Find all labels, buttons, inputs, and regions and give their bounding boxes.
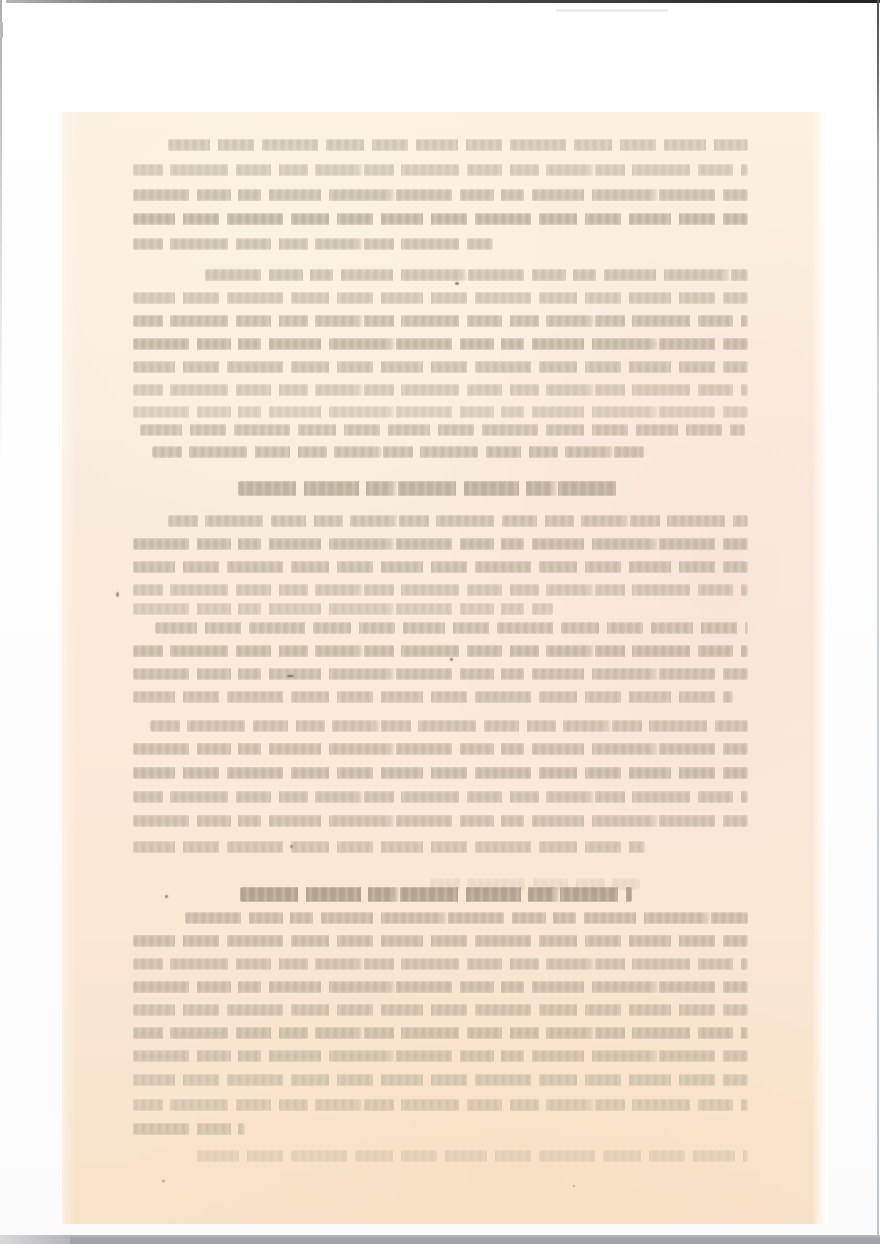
paragraph-4-line	[155, 622, 748, 634]
paragraph-2-line	[133, 315, 748, 327]
paragraph-1-line	[133, 213, 748, 225]
ink-speck	[287, 675, 294, 677]
heading-2-line	[240, 887, 632, 902]
scan-frame-top-edge	[6, 0, 880, 3]
paragraph-2-line	[205, 269, 748, 281]
paragraph-5-line	[150, 720, 748, 732]
paragraph-5-line	[133, 815, 748, 827]
paragraph-7-ghost-line	[197, 1150, 748, 1162]
paragraph-6-line	[133, 1004, 748, 1016]
paragraph-5-line	[133, 743, 748, 755]
scan-frame-right-edge	[877, 0, 879, 1244]
paragraph-2-line	[133, 338, 748, 350]
paragraph-6-line	[133, 981, 748, 993]
scan-frame-left-mark	[0, 22, 3, 38]
ink-speck	[455, 282, 459, 285]
paragraph-5-line	[133, 791, 748, 803]
paragraph-3-line	[133, 538, 748, 550]
paragraph-6-line	[133, 1027, 748, 1039]
scan-smudge-line	[556, 9, 668, 12]
scan-frame-bottom-band	[0, 1235, 880, 1244]
scan-frame-left-edge	[0, 0, 2, 460]
paragraph-4-line	[133, 645, 748, 657]
ink-speck	[165, 895, 168, 898]
scan-frame-bottom-band-light	[0, 1235, 70, 1244]
paragraph-5-line	[133, 841, 645, 853]
paragraph-3-line	[133, 603, 553, 615]
paragraph-6-line	[133, 1074, 748, 1086]
paragraph-2-line	[140, 424, 745, 436]
scan-canvas	[0, 0, 880, 1244]
ink-speck	[116, 592, 119, 597]
ink-speck	[450, 658, 453, 661]
ink-speck	[162, 1180, 165, 1182]
page-text-layer	[0, 0, 880, 1244]
paragraph-6-line	[185, 912, 748, 924]
paragraph-1-line	[133, 189, 748, 201]
paragraph-2-line	[133, 361, 748, 373]
paragraph-2-line	[152, 446, 644, 458]
paragraph-4-line	[133, 668, 748, 680]
paragraph-2-line	[133, 406, 748, 418]
paragraph-6-line	[133, 935, 748, 947]
heading-1-line	[238, 481, 622, 496]
paragraph-6-line	[133, 1050, 748, 1062]
paragraph-2-line	[133, 292, 748, 304]
paragraph-3-line	[133, 584, 748, 596]
paragraph-4-line	[133, 691, 733, 703]
paragraph-1-line	[168, 139, 748, 151]
ink-speck	[290, 845, 293, 848]
paragraph-2-line	[133, 384, 748, 396]
paragraph-1-line	[133, 238, 493, 250]
paragraph-6-line	[133, 958, 748, 970]
paragraph-3-line	[133, 561, 748, 573]
paragraph-3-line	[168, 515, 748, 527]
paragraph-6-line	[133, 1123, 245, 1135]
paragraph-6-line	[133, 1099, 748, 1111]
paragraph-1-line	[133, 164, 748, 176]
ink-speck	[573, 1185, 575, 1187]
paragraph-5-line	[133, 767, 748, 779]
